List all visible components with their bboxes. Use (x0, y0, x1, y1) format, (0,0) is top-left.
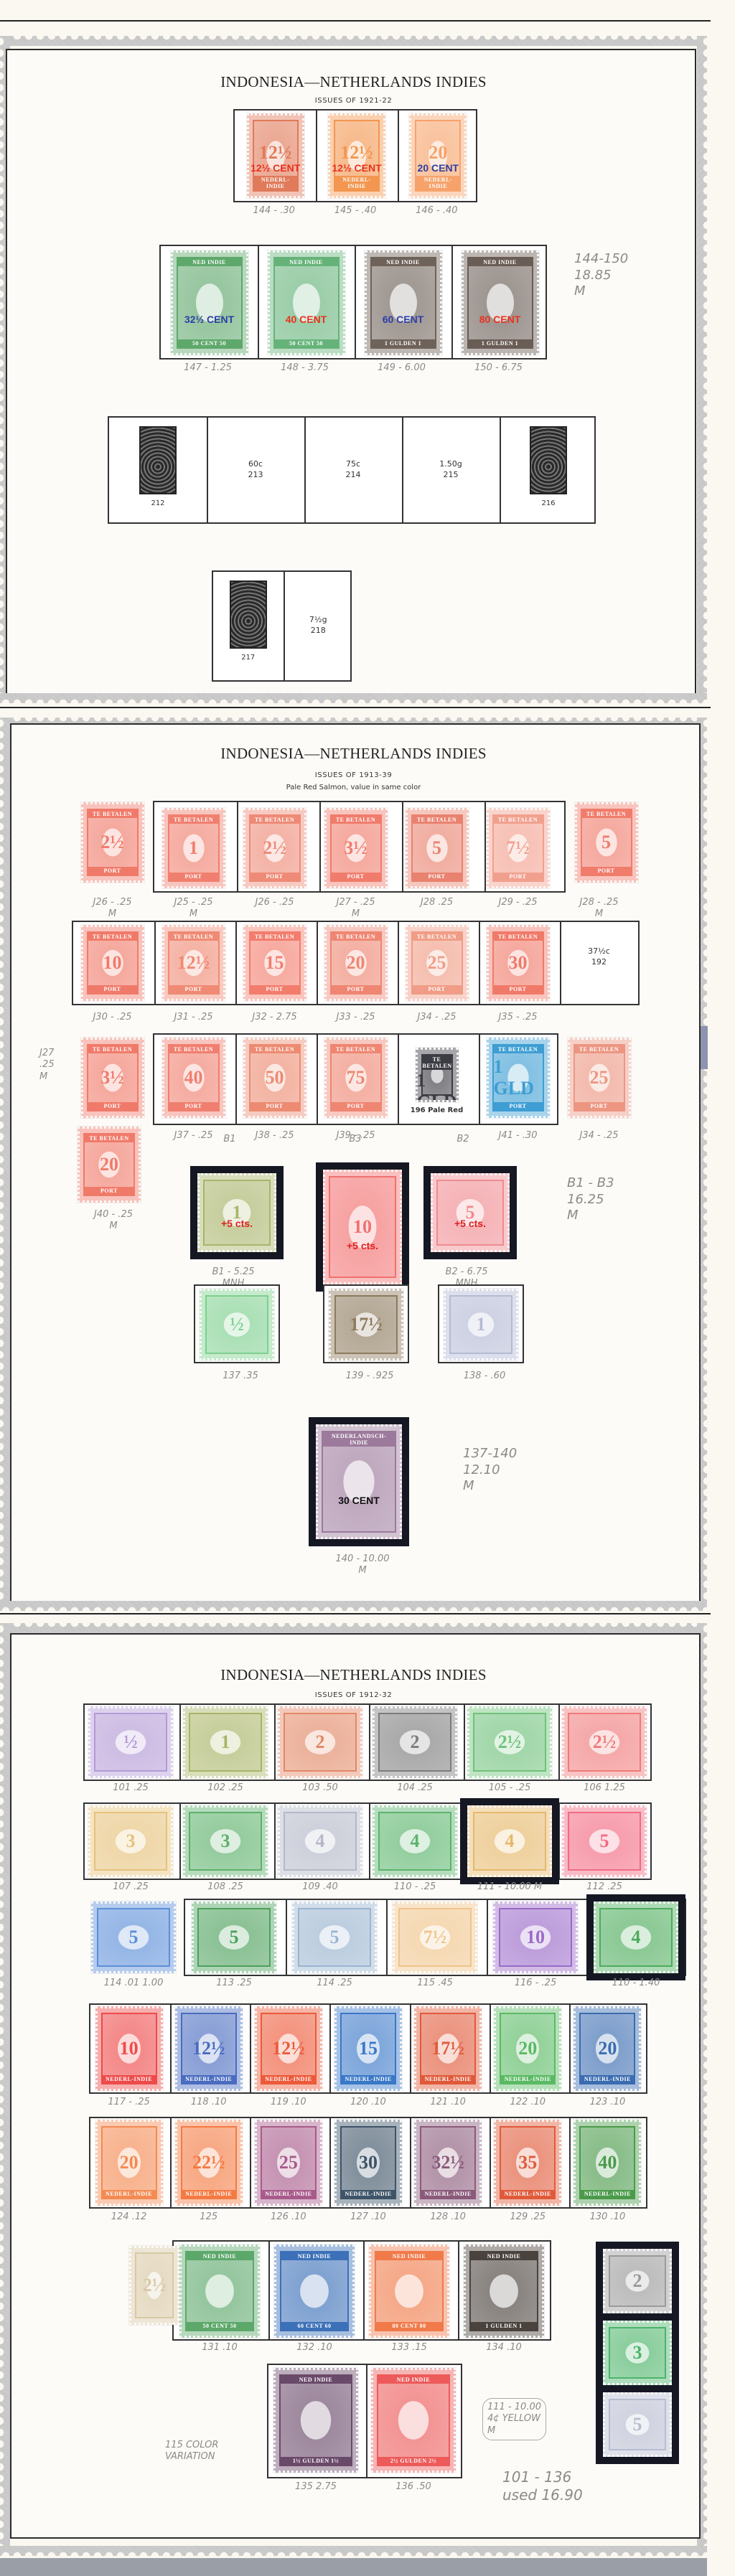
stamp-value: 12½ (192, 2038, 225, 2059)
stamp-overprint: +5 cts. (200, 1218, 274, 1229)
stamp: .17½. (329, 1289, 403, 1360)
stamp-value: 5 (129, 1927, 139, 1948)
stamp-overprint: 40 CENT (270, 314, 343, 325)
stamp: .12½NEDERL-INDIE (175, 2006, 243, 2091)
stamp-value: 30 (509, 952, 528, 974)
stamp: TE BETALEN5PORT (575, 802, 638, 883)
empty-mount-row: 21260c 21375c 2141.50g 215216 (108, 416, 596, 524)
stamp-overprint: 30 CENT (318, 1495, 400, 1506)
stamp: NED INDIE1 GULDEN 180 CENT (462, 250, 539, 355)
handwritten-note: J32 - 2.75 (234, 1012, 315, 1023)
stamp-top-text: NED INDIE (178, 258, 241, 266)
stamp-overprint: 32½ CENT (173, 314, 246, 325)
stamp-value: 17½ (431, 2038, 464, 2059)
handwritten-note: 131 .10 (172, 2342, 267, 2354)
stamp-row: TE BETALEN10PORTTE BETALEN12½PORTTE BETA… (72, 921, 660, 1007)
stamp-top-text: TE BETALEN (413, 816, 462, 824)
stamp-top-text: TE BETALEN (251, 933, 299, 941)
handwritten-note: J34 - .25 (396, 1012, 477, 1023)
stamp: .5.+5 cts. (431, 1173, 510, 1252)
stamp-top-text: TE BETALEN (88, 933, 137, 941)
stamp: NED INDIE80 CENT 80 (369, 2244, 449, 2338)
handwritten-note: J31 - .25 (153, 1012, 234, 1023)
stamp-bottom-text: NEDERL-INDIE (182, 2075, 235, 2083)
stamp: TE BETALEN25PORT (406, 925, 469, 1001)
stamp-value: 2½ (593, 1731, 617, 1753)
stamp-overprint: 20 CENT (411, 162, 464, 174)
stamp: TE BETALEN75PORT (324, 1038, 388, 1118)
handwritten-note: 118 .10 (169, 2097, 248, 2108)
stamp-top-text: NED INDIE (471, 2252, 537, 2260)
stamp-bottom-text: 2½ GULDEN 2½ (378, 2457, 449, 2465)
handwritten-note: J40 - .25 M (78, 1209, 149, 1233)
stamp: NED INDIE1 GULDEN 1 (464, 2244, 544, 2338)
stamp-value: 3½ (100, 1067, 124, 1089)
handwritten-note: 101 .25 (83, 1782, 178, 1794)
stamp-value: 4 (316, 1830, 325, 1852)
stamp-bottom-text: NEDERL-INDIE (421, 2075, 474, 2083)
stamp-bottom-text: PORT (575, 1102, 624, 1110)
handwritten-note: J27 - .25 M (315, 897, 396, 921)
handwritten-note: 105 - .25 (462, 1782, 557, 1794)
stamp-value: 25 (279, 2152, 298, 2173)
page-separator (0, 1613, 711, 1614)
stamp-value: 10 (526, 1927, 545, 1948)
stamp-value: 2 (411, 1731, 420, 1753)
stamp: TE BETALEN40PORT (162, 1038, 225, 1118)
stamp-bottom-text: NEDERL-INDIE (581, 2075, 634, 2083)
stamp-bottom-text: 1 GULDEN 1 (471, 2322, 537, 2330)
stamp-top-text: NED INDIE (281, 2252, 347, 2260)
handwritten-note: 123 .10 (568, 2097, 647, 2108)
stamp-top-text: TE BETALEN (332, 816, 380, 824)
handwritten-note: 147 - 1.25 (159, 362, 256, 374)
stamp-top-text: TE BETALEN (494, 1045, 543, 1053)
handwritten-note: 107 .25 (83, 1881, 178, 1893)
stamp: .2. (373, 1706, 457, 1778)
stamp: .12½NEDERL-INDIE12½ CENT (328, 113, 385, 198)
stamp-top-text: TE BETALEN (575, 1045, 624, 1053)
stamp-bottom-text: NEDERL-INDIE (416, 176, 459, 190)
stamp: NED INDIE50 CENT 5040 CENT (268, 250, 345, 355)
stamp-value: 2 (316, 1731, 325, 1753)
stamp-value: 3 (633, 2342, 642, 2364)
handwritten-note: 126 .10 (248, 2211, 328, 2223)
stamp-overprint: +5 cts. (433, 1218, 507, 1229)
handwritten-note: 111 - 10.00 M (462, 1881, 557, 1893)
stamp-value: 1 (189, 837, 198, 859)
stamp: .20NEDERL-INDIE (574, 2006, 641, 2091)
stamp: .35NEDERL-INDIE (494, 2120, 561, 2206)
printed-stamp-illustration (230, 580, 267, 649)
stamp-value: 5 (633, 2414, 642, 2435)
stamp-bottom-text: NEDERL-INDIE (501, 2075, 554, 2083)
stamp-bottom-text: NEDERL-INDIE (262, 2190, 315, 2198)
stamp-bottom-text: NEDERL-INDIE (342, 2190, 395, 2198)
page-separator-top (0, 20, 711, 22)
handwritten-note: 129 .25 (488, 2211, 568, 2223)
stamp-overprint: 12½ CENT (330, 162, 383, 174)
stamp: .4. (467, 1805, 552, 1877)
catalog-number: 212 (109, 499, 207, 507)
handwritten-total: 137-140 12.10 M (463, 1446, 517, 1495)
stamp-bottom-text: 1 GULDEN 1 (372, 339, 435, 347)
stamp-bottom-text: PORT (332, 985, 380, 993)
handwritten-note: 133 .15 (362, 2342, 457, 2354)
stamp-bottom-text: PORT (169, 1102, 218, 1110)
stamp-value: 4 (505, 1830, 515, 1852)
stamp: .22½NEDERL-INDIE (175, 2120, 243, 2206)
handwritten-note: 124 .12 (89, 2211, 169, 2223)
stamp-value: 3 (126, 1830, 136, 1852)
stamp-bottom-text: NEDERL-INDIE (254, 176, 297, 190)
album-page-3: INDONESIA—NETHERLANDS INDIES ISSUES OF 1… (0, 1623, 707, 2556)
stamp-top-text: TE BETALEN (169, 816, 218, 824)
stamp: .5. (91, 1902, 176, 1973)
handwritten-note: 110 - 1.40 (586, 1978, 686, 1989)
stamp-value: ½ (230, 1314, 244, 1335)
handwritten-note: 114 .25 (284, 1978, 385, 1989)
stamp-value: 40 (184, 1067, 203, 1089)
stamp-overprint: 60 CENT (367, 314, 440, 325)
handwritten-note: 108 .25 (178, 1881, 273, 1893)
stamp-bottom-text: NEDERL-INDIE (103, 2075, 156, 2083)
handwritten-note: 114 .01 1.00 (83, 1978, 184, 1989)
stamp: TE BETALEN1 GLDPORT (416, 1048, 459, 1102)
stamp: TE BETALEN2½PORT (243, 808, 306, 888)
stamp-bottom-text: PORT (88, 867, 137, 875)
stamp: .32½NEDERL-INDIE (414, 2120, 482, 2206)
stamp: .5. (292, 1902, 377, 1973)
stamp-top-text: NED INDIE (469, 258, 532, 266)
stamp-bottom-text: NEDERL-INDIE (335, 176, 378, 190)
stamp-value: 10 (120, 2038, 139, 2059)
page-title: INDONESIA—NETHERLANDS INDIES (0, 745, 707, 763)
stamp: .3. (88, 1805, 173, 1877)
stamp: .3. (603, 2321, 672, 2385)
stamp: .40NEDERL-INDIE (574, 2120, 641, 2206)
printed-stamp-illustration (139, 426, 177, 494)
stamp-bottom-text: 1½ GULDEN 1½ (281, 2457, 351, 2465)
page-separator (0, 707, 711, 708)
handwritten-note: J26 - .25 (234, 897, 315, 908)
stamp-value: 25 (428, 952, 446, 974)
handwritten-note: 112 .25 (557, 1881, 652, 1893)
stamp-value: 5 (601, 832, 611, 853)
stamp-value: 1 GLD (494, 1056, 543, 1099)
stamp-bottom-text: PORT (251, 1102, 299, 1110)
stamp-value: 1 (477, 1314, 486, 1335)
stamp: NEDERLANDSCH-INDIE.30 CENT (316, 1424, 402, 1539)
stamp-value: 2½ (263, 837, 286, 859)
stamp-value: 1 GLD (416, 1070, 457, 1102)
stamp-value: 32½ (431, 2152, 464, 2173)
catalog-number: 217 (213, 654, 284, 662)
stamp: TE BETALEN20PORT (324, 925, 388, 1001)
stamp-top-text: NED INDIE (281, 2376, 351, 2384)
handwritten-note: J25 - .25 M (153, 897, 234, 921)
stamp-value: 4 (411, 1830, 420, 1852)
handwritten-note: J26 - .25 M (72, 897, 153, 921)
handwritten-note: 146 - .40 (396, 205, 477, 217)
stamp-top-text: NED INDIE (372, 258, 435, 266)
stamp-value: 40 (598, 2152, 617, 2173)
stamp: .½. (88, 1706, 173, 1778)
stamp: .5. (192, 1902, 276, 1973)
handwritten-note: J28 .25 (396, 897, 477, 908)
handwritten-note: J29 - .25 (477, 897, 558, 908)
catalog-number: 216 (500, 499, 597, 507)
stamp-bottom-text: PORT (413, 873, 462, 880)
stamp-value: 5 (330, 1927, 340, 1948)
stamp: .4. (594, 1902, 678, 1973)
stamp-value: 35 (518, 2152, 537, 2173)
stamp: TE BETALEN10PORT (81, 925, 144, 1001)
stamp-bottom-text: 1 GULDEN 1 (469, 339, 532, 347)
handwritten-note: 136 .50 (365, 2481, 462, 2493)
stamp-top-text: TE BETALEN (494, 933, 543, 941)
stamp-bottom-text: PORT (169, 873, 218, 880)
handwritten-note: 132 .10 (267, 2342, 362, 2354)
stamp-bottom-text: NEDERL-INDIE (103, 2190, 156, 2198)
stamp-bottom-text: PORT (413, 985, 462, 993)
stamp: .1. (183, 1706, 268, 1778)
stamp-bottom-text: PORT (88, 1102, 137, 1110)
stamp-value: 5 (600, 1830, 609, 1852)
stamp-bottom-text: PORT (332, 1102, 380, 1110)
stamp-bottom-text: 50 CENT 50 (275, 339, 338, 347)
stamp-value: 20 (120, 2152, 139, 2173)
stamp-top-text: NED INDIE (187, 2252, 253, 2260)
handwritten-note: 106 1.25 (557, 1782, 652, 1794)
handwritten-note: 121 .10 (408, 2097, 488, 2108)
handwritten-note: 149 - 6.00 (353, 362, 450, 374)
handwritten-note: J33 - .25 (315, 1012, 396, 1023)
handwritten-note: J28 - .25 M (558, 897, 640, 921)
stamp: NED INDIE60 CENT 60 (274, 2244, 355, 2338)
stamp-bottom-text: PORT (251, 873, 299, 880)
handwritten-note: 119 .10 (248, 2097, 328, 2108)
stamp-value: 20 (347, 952, 365, 974)
stamp-value: 20 (100, 1154, 118, 1175)
stamp: TE BETALEN50PORT (243, 1038, 306, 1118)
stamp-bottom-text: PORT (494, 873, 543, 880)
page-subnote: Pale Red Salmon, value in same color (0, 784, 707, 791)
stamp-value: 15 (266, 952, 284, 974)
handwritten-note: 144 - .30 (233, 205, 314, 217)
stamp: NED INDIE2½ GULDEN 2½ (371, 2368, 456, 2473)
handwritten-note: 103 .50 (273, 1782, 367, 1794)
handwritten-note: J30 - .25 (72, 1012, 153, 1023)
stamp-bottom-text: 60 CENT 60 (281, 2322, 347, 2330)
stamp-overprint: 80 CENT (464, 314, 537, 325)
stamp: .2. (603, 2249, 672, 2313)
stamp-bottom-text: NEDERL-INDIE (581, 2190, 634, 2198)
stamp: TE BETALEN3½PORT (324, 808, 388, 888)
stamp-top-text: TE BETALEN (88, 810, 137, 818)
stamp-value: 30 (359, 2152, 378, 2173)
stamp: .½. (200, 1289, 274, 1360)
stamp-top-text: TE BETALEN (494, 816, 543, 824)
stamp: TE BETALEN2½PORT (81, 802, 144, 883)
stamp-value: 5 (230, 1927, 239, 1948)
stamp-value: 12½ (177, 952, 210, 974)
stamp-value: 2½ (498, 1731, 522, 1753)
stamp-value: 5 (432, 837, 441, 859)
stamp: NED INDIE50 CENT 50 (179, 2244, 260, 2338)
stamp-value: 10 (103, 952, 122, 974)
handwritten-note: J34 - .25 (558, 1130, 640, 1142)
stamp-bottom-text: NEDERL-INDIE (342, 2075, 395, 2083)
stamp-top-text: TE BETALEN (169, 933, 218, 941)
page-tab-marker (701, 1026, 708, 1069)
catalog-space-label: 75c 214 (304, 459, 402, 481)
stamp-bottom-text: PORT (332, 873, 380, 880)
stamp: .4. (373, 1805, 457, 1877)
handwritten-note: 115 COLOR VARIATION (165, 2440, 218, 2463)
stamp-value: 12½ (340, 142, 373, 164)
stamp: .30NEDERL-INDIE (334, 2120, 402, 2206)
stamp-value: 2 (633, 2270, 642, 2292)
handwritten-note: 148 - 3.75 (256, 362, 353, 374)
stamp-top-text: TE BETALEN (85, 1134, 134, 1142)
stamp: .10.+5 cts. (323, 1170, 402, 1284)
stamp-mount-row: .12½NEDERL-INDIE12½ CENT.12½NEDERL-INDIE… (233, 109, 477, 202)
stamp: .12½NEDERL-INDIE (255, 2006, 322, 2091)
stamp: .3. (183, 1805, 268, 1877)
printed-stamp-illustration (530, 426, 567, 494)
stamp-bottom-text: PORT (494, 985, 543, 993)
stamp-top-text: NED INDIE (275, 258, 338, 266)
stamp-bottom-text: PORT (85, 1187, 134, 1195)
stamp: TE BETALEN1PORT (162, 808, 225, 888)
stamp: .15NEDERL-INDIE (334, 2006, 402, 2091)
stamp: TE BETALEN1 GLDPORT (487, 1038, 550, 1118)
handwritten-note: 104 .25 (367, 1782, 462, 1794)
stamp-value: 12½ (272, 2038, 305, 2059)
handwritten-note: 145 - .40 (314, 205, 395, 217)
stamp-top-text: NED INDIE (378, 2376, 449, 2384)
stamp-row: TE BETALEN2½PORTTE BETALEN1PORTTE BETALE… (72, 796, 660, 893)
stamp: NED INDIE50 CENT 5032½ CENT (171, 250, 248, 355)
stamp: .5. (562, 1805, 647, 1877)
catalog-space-label: 1.50g 215 (402, 459, 500, 481)
handwritten-note: J27 .25 M (39, 1048, 55, 1083)
handwritten-note: 120 .10 (328, 2097, 408, 2108)
stamp: TE BETALEN25PORT (568, 1038, 631, 1118)
stamp-overprint: +5 cts. (325, 1240, 400, 1251)
stamp-bottom-text: PORT (169, 985, 218, 993)
stamp-top-text: TE BETALEN (332, 933, 380, 941)
stamp-value: 10 (353, 1216, 372, 1238)
handwritten-note: J35 - .25 (477, 1012, 558, 1023)
stamp-value: ½ (123, 1731, 138, 1753)
stamp: .25NEDERL-INDIE (255, 2120, 322, 2206)
stamp-value: 2½ (100, 832, 124, 853)
page-subtitle: ISSUES OF 1921-22 (0, 97, 707, 105)
page-subtitle: ISSUES OF 1912-32 (0, 1691, 707, 1699)
catalog-space-label: 196 Pale Red (396, 1106, 477, 1114)
stamp: .20NEDERL-INDIE (494, 2006, 561, 2091)
handwritten-note: 128 .10 (408, 2211, 488, 2223)
handwritten-note: 135 2.75 (267, 2481, 365, 2493)
handwritten-note: 127 .10 (328, 2211, 408, 2223)
stamp: NED INDIE1½ GULDEN 1½ (273, 2368, 358, 2473)
stamp: TE BETALEN12½PORT (162, 925, 225, 1001)
handwritten-note: B2 (423, 1134, 502, 1145)
handwritten-note: 138 - .60 (438, 1371, 531, 1382)
stamp: .4. (278, 1805, 362, 1877)
stamp: TE BETALEN30PORT (487, 925, 550, 1001)
stamp: TE BETALEN7½PORT (487, 808, 550, 888)
stamp-top-text: TE BETALEN (413, 933, 462, 941)
stamp-top-text: TE BETALEN (169, 1045, 218, 1053)
stamp-overprint: 12½ CENT (249, 162, 302, 174)
handwritten-note: 113 .25 (184, 1978, 284, 1989)
handwritten-total: 101 - 136 used 16.90 (502, 2468, 583, 2504)
stamp-top-text: NED INDIE (376, 2252, 442, 2260)
stamp-value: 7½ (423, 1927, 447, 1948)
stamp-value: 20 (598, 2038, 617, 2059)
handwritten-note: 109 .40 (273, 1881, 367, 1893)
stamp: .17½NEDERL-INDIE (414, 2006, 482, 2091)
handwritten-note: 116 - .25 (485, 1978, 586, 1989)
stamp: NED INDIE1 GULDEN 160 CENT (365, 250, 442, 355)
stamp: .2½. (129, 2246, 179, 2325)
stamp-bottom-text: NEDERL-INDIE (182, 2190, 235, 2198)
catalog-space-label: 7½g 218 (284, 615, 354, 636)
stamp-value: 50 (266, 1067, 284, 1089)
stamp-bottom-text: PORT (582, 867, 631, 875)
stamp: .1. (444, 1289, 518, 1360)
page-title: INDONESIA—NETHERLANDS INDIES (0, 73, 707, 91)
stamp-bottom-text: PORT (494, 1102, 543, 1110)
stamp-top-text: TE BETALEN (251, 1045, 299, 1053)
stamp: TE BETALEN3½PORT (81, 1038, 144, 1118)
stamp-value: 2½ (143, 2275, 167, 2296)
handwritten-note: 137 .35 (194, 1371, 287, 1382)
stamp-bottom-text: NEDERL-INDIE (421, 2190, 474, 2198)
stamp-value: 17½ (350, 1314, 383, 1335)
stamp-bottom-text: 50 CENT 50 (187, 2322, 253, 2330)
stamp: TE BETALEN20PORT (78, 1127, 141, 1203)
stamp-bottom-text: PORT (251, 985, 299, 993)
empty-mount-row: 2177½g 218 (212, 570, 352, 682)
handwritten-total: B1 - B3 16.25 M (567, 1175, 614, 1224)
stamp: .1.+5 cts. (197, 1173, 276, 1252)
stamp-value: 3 (221, 1830, 230, 1852)
stamp: .10. (493, 1902, 578, 1973)
stamp-mount-row: NED INDIE50 CENT 5032½ CENTNED INDIE50 C… (159, 245, 547, 359)
stamp: .2. (278, 1706, 362, 1778)
stamp-value: 4 (632, 1927, 641, 1948)
catalog-space-label: 37½c 192 (558, 946, 640, 968)
handwritten-note: 134 .10 (457, 2342, 551, 2354)
stamp-bottom-text: PORT (88, 985, 137, 993)
stamp: TE BETALEN15PORT (243, 925, 306, 1001)
stamp-value: 7½ (506, 837, 530, 859)
stamp-top-text: TE BETALEN (423, 1056, 451, 1070)
page-title: INDONESIA—NETHERLANDS INDIES (0, 1666, 707, 1684)
handwritten-note: 125 (169, 2211, 248, 2223)
stamp-top-text: TE BETALEN (251, 816, 299, 824)
handwritten-note: 117 - .25 (89, 2097, 169, 2108)
stamp: .20NEDERL-INDIE20 CENT (409, 113, 467, 198)
handwritten-note: B1 (190, 1134, 269, 1145)
stamp-value: 20 (518, 2038, 537, 2059)
stamp: .12½NEDERL-INDIE12½ CENT (247, 113, 304, 198)
handwritten-note: 122 .10 (488, 2097, 568, 2108)
